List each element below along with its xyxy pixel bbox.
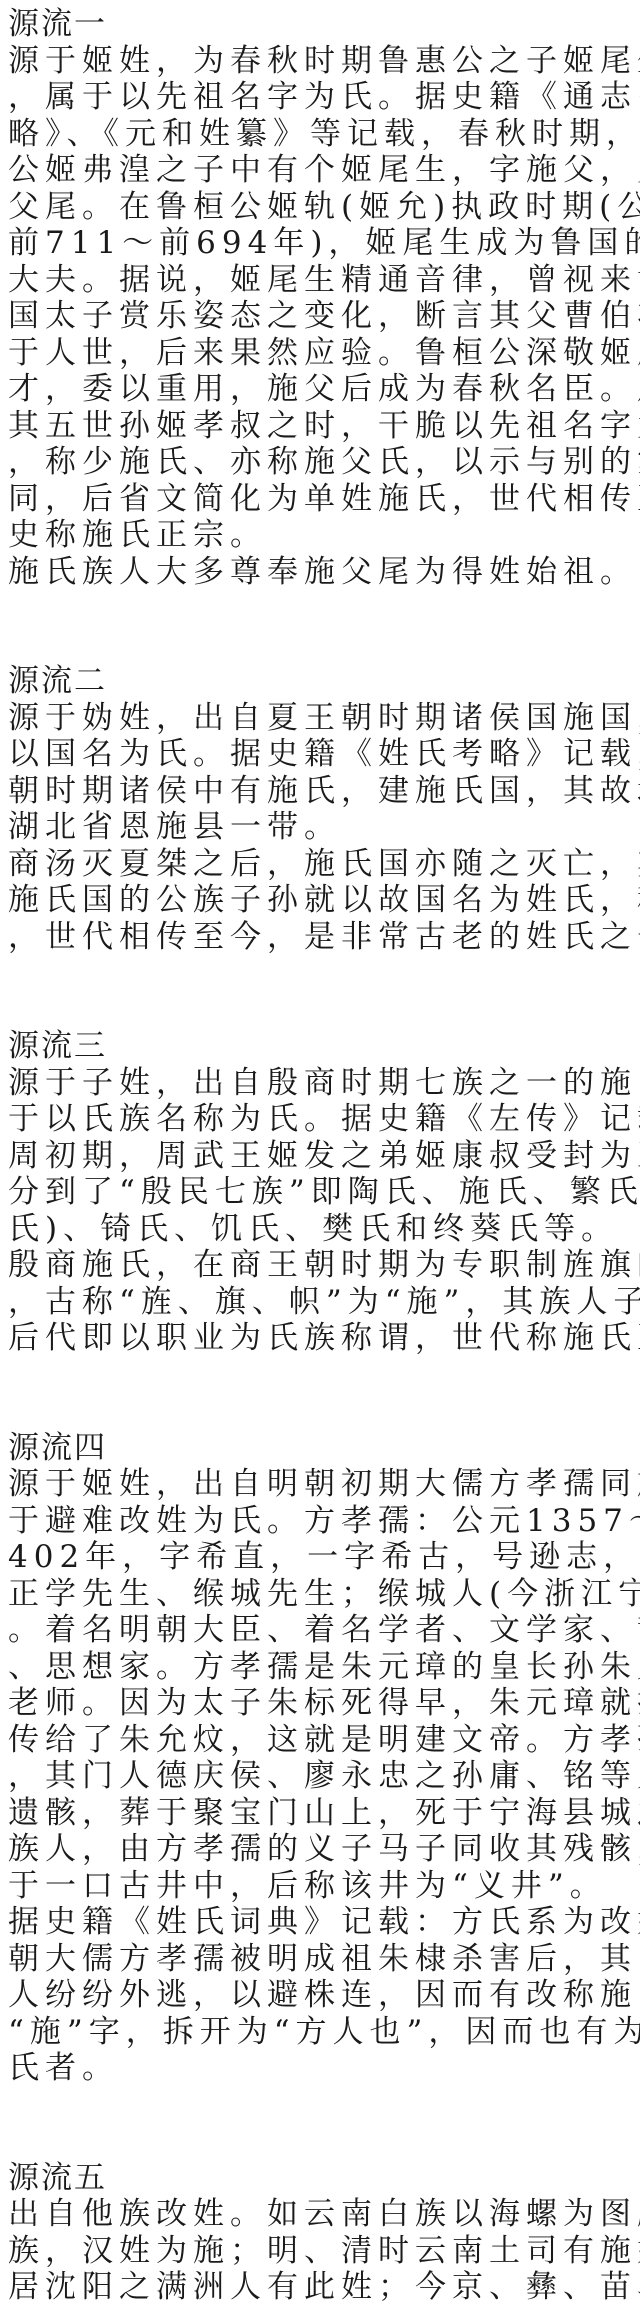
text-line: 源于子姓，出自殷商时期七族之一的施氏，属 bbox=[8, 1065, 632, 1102]
text-line: 略》、《元和姓纂》等记载，春秋时期，鲁惠 bbox=[8, 116, 632, 153]
text-line: 源于妫姓，出自夏王朝时期诸侯国施国，属于 bbox=[8, 700, 632, 737]
section-origin-4: 源流四 源于姬姓，出自明朝初期大儒方孝孺同族，属 于避难改姓为氏。方孝孺：公元1… bbox=[8, 1430, 632, 2087]
text-line: ，属于以先祖名字为氏。据史籍《通志·氏族 bbox=[8, 79, 632, 116]
text-line: 氏者。 bbox=[8, 2050, 632, 2087]
text-line: 据史籍《姓氏词典》记载：方氏系为改姓。明 bbox=[8, 1904, 632, 1941]
text-line: 公姬弗湟之子中有个姬尾生，字施父，史称施 bbox=[8, 152, 632, 189]
text-line: 大夫。据说，姬尾生精通音律，曾视来访的曹 bbox=[8, 262, 632, 299]
text-line: 后代即以职业为氏族称谓，世代称施氏至今。 bbox=[8, 1320, 632, 1357]
text-line: 遗骸，葬于聚宝门山上，死于宁海县城之方氏 bbox=[8, 1795, 632, 1832]
text-line: 殷商施氏，在商王朝时期为专职制旌旗的工匠 bbox=[8, 1247, 632, 1284]
section-spacer bbox=[8, 1357, 632, 1430]
text-line: 国太子赏乐姿态之变化，断言其父曹伯将不久 bbox=[8, 298, 632, 335]
text-line: 源于姬姓，出自明朝初期大儒方孝孺同族，属 bbox=[8, 1466, 632, 1503]
text-line: 史称施氏正宗。 bbox=[8, 517, 632, 554]
text-line: 。着名明朝大臣、着名学者、文学家、散文家 bbox=[8, 1612, 632, 1649]
section-heading: 源流二 bbox=[8, 663, 632, 700]
text-line: 施氏族人大多尊奉施父尾为得姓始祖。 bbox=[8, 554, 632, 591]
text-line: ，其门人德庆侯、廖永忠之孙庸、铭等人捡其 bbox=[8, 1758, 632, 1795]
text-line: 于以氏族名称为氏。据史籍《左传》记载，西 bbox=[8, 1101, 632, 1138]
text-line: 朝时期诸侯中有施氏，建施氏国，其故址在今 bbox=[8, 773, 632, 810]
text-line: 前711～前694年)，姬尾生成为鲁国的 bbox=[8, 225, 632, 262]
section-origin-1: 源流一 源于姬姓，为春秋时期鲁惠公之子姬尾生之后 ，属于以先祖名字为氏。据史籍《… bbox=[8, 6, 632, 590]
text-line: 才，委以重用，施父后成为春秋名臣。后传到 bbox=[8, 371, 632, 408]
text-line: 老师。因为太子朱标死得早，朱元璋就把皇位 bbox=[8, 1685, 632, 1722]
text-line: 族人，由方孝孺的义子马子同收其残骸，皆投 bbox=[8, 1831, 632, 1868]
section-spacer bbox=[8, 955, 632, 1028]
section-origin-3: 源流三 源于子姓，出自殷商时期七族之一的施氏，属 于以氏族名称为氏。据史籍《左传… bbox=[8, 1028, 632, 1357]
text-line: 、思想家。方孝孺是朱元璋的皇长孙朱允炆的 bbox=[8, 1649, 632, 1686]
text-line: 402年，字希直，一字希古，号逊志，世称 bbox=[8, 1539, 632, 1576]
text-line: 于避难改姓为氏。方孝孺：公元1357～1 bbox=[8, 1503, 632, 1540]
text-line: ，世代相传至今，是非常古老的姓氏之一。 bbox=[8, 919, 632, 956]
text-line: “施”字，拆开为“方人也”，因而也有为方 bbox=[8, 2014, 632, 2051]
section-spacer bbox=[8, 2087, 632, 2160]
section-heading: 源流三 bbox=[8, 1028, 632, 1065]
section-origin-2: 源流二 源于妫姓，出自夏王朝时期诸侯国施国，属于 以国名为氏。据史籍《姓氏考略》… bbox=[8, 663, 632, 955]
text-line: 氏)、锜氏、饥氏、樊氏和终葵氏等。 bbox=[8, 1211, 632, 1248]
text-line: 以国名为氏。据史籍《姓氏考略》记载，夏王 bbox=[8, 736, 632, 773]
text-line: 湖北省恩施县一带。 bbox=[8, 809, 632, 846]
text-line: 人纷纷外逃，以避株连，因而有改称施氏者。 bbox=[8, 1977, 632, 2014]
section-origin-5: 源流五 出自他族改姓。如云南白族以海螺为图腾的氏 族，汉姓为施；明、清时云南土司… bbox=[8, 2160, 632, 2306]
text-line: 朝大儒方孝孺被明成祖朱棣杀害后，其同姓族 bbox=[8, 1941, 632, 1978]
text-line: 商汤灭夏桀之后，施氏国亦随之灭亡，其后， bbox=[8, 846, 632, 883]
text-line: ，古称“旌、旗、帜”为“施”，其族人子弟 bbox=[8, 1284, 632, 1321]
section-heading: 源流五 bbox=[8, 2160, 632, 2197]
text-line: ，称少施氏、亦称施父氏，以示与别的家族不 bbox=[8, 444, 632, 481]
text-line: 出自他族改姓。如云南白族以海螺为图腾的氏 bbox=[8, 2196, 632, 2233]
text-line: 居沈阳之满洲人有此姓；今京、彝、苗、蒙古 bbox=[8, 2269, 632, 2306]
section-heading: 源流一 bbox=[8, 6, 632, 43]
text-line: 于人世，后来果然应验。鲁桓公深敬姬尾生之 bbox=[8, 335, 632, 372]
text-line: 于一口古井中，后称该井为“义井”。 bbox=[8, 1868, 632, 1905]
document-body: 源流一 源于姬姓，为春秋时期鲁惠公之子姬尾生之后 ，属于以先祖名字为氏。据史籍《… bbox=[0, 0, 640, 2306]
text-line: 周初期，周武王姬发之弟姬康叔受封为卫侯， bbox=[8, 1138, 632, 1175]
text-line: 传给了朱允炆，这就是明建文帝。方孝孺死后 bbox=[8, 1722, 632, 1759]
text-line: 族，汉姓为施；明、清时云南土司有施姓；世 bbox=[8, 2233, 632, 2270]
text-line: 父尾。在鲁桓公姬轨(姬允)执政时期(公元 bbox=[8, 189, 632, 226]
section-spacer bbox=[8, 590, 632, 663]
text-line: 源于姬姓，为春秋时期鲁惠公之子姬尾生之后 bbox=[8, 43, 632, 80]
text-line: 同，后省文简化为单姓施氏，世代相传至今， bbox=[8, 481, 632, 518]
section-heading: 源流四 bbox=[8, 1430, 632, 1467]
text-line: 施氏国的公族子孙就以故国名为姓氏，称施氏 bbox=[8, 882, 632, 919]
text-line: 正学先生、缑城先生；缑城人(今浙江宁海) bbox=[8, 1576, 632, 1613]
text-line: 分到了“殷民七族”即陶氏、施氏、繁氏(鄱 bbox=[8, 1174, 632, 1211]
text-line: 其五世孙姬孝叔之时，干脆以先祖名字为姓氏 bbox=[8, 408, 632, 445]
